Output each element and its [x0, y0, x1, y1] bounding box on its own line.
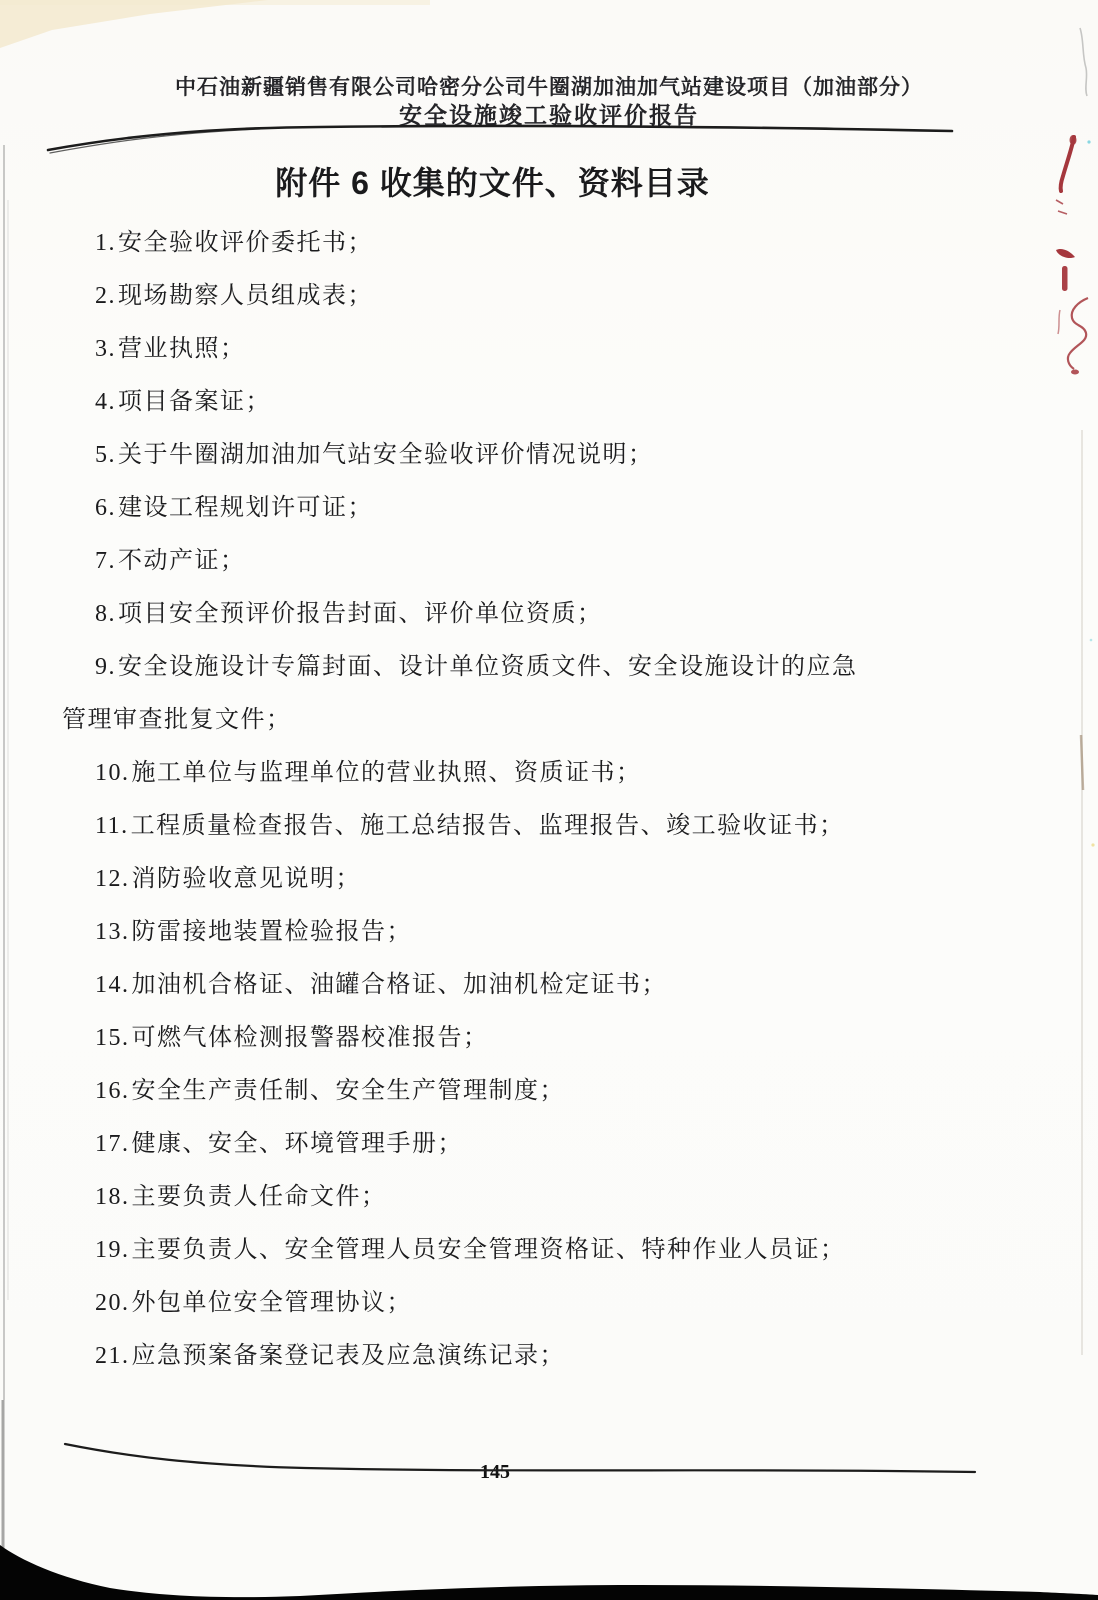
attachment-title: 附件 6 收集的文件、资料目录 [0, 158, 985, 204]
item-text: 安全生产责任制、安全生产管理制度； [132, 1078, 566, 1104]
item-number: 14. [95, 972, 132, 998]
list-item: 2.现场勘察人员组成表； [62, 270, 1005, 323]
item-text: 营业执照； [118, 336, 246, 362]
scan-speck-cyan2 [1090, 639, 1093, 642]
list-item: 5.关于牛圈湖加油加气站安全验收评价情况说明； [62, 429, 1005, 482]
item-number: 7. [95, 548, 118, 574]
scan-speck-cyan [1087, 140, 1090, 143]
item-text: 施工单位与监理单位的营业执照、资质证书； [132, 760, 642, 786]
header-rule-echo [50, 129, 260, 153]
item-number: 5. [95, 442, 118, 468]
list-item: 19.主要负责人、安全管理人员安全管理资格证、特种作业人员证； [62, 1224, 1005, 1277]
item-number: 2. [95, 283, 118, 309]
item-number: 8. [95, 601, 118, 627]
item-number: 15. [95, 1025, 132, 1051]
list-item: 13.防雷接地装置检验报告； [62, 906, 1005, 959]
item-number: 19. [95, 1237, 132, 1263]
corner-tint [0, 0, 268, 48]
item-text: 消防验收意见说明； [132, 866, 362, 892]
list-item: 3.营业执照； [62, 323, 1005, 376]
list-item: 21.应急预案备案登记表及应急演练记录； [62, 1330, 1005, 1383]
scan-speck-yellow [1091, 843, 1094, 846]
document-header: 中石油新疆销售有限公司哈密分公司牛圈湖加油加气站建设项目（加油部分） 安全设施竣… [0, 74, 1098, 129]
item-number: 3. [95, 336, 118, 362]
list-item: 8.项目安全预评价报告封面、评价单位资质； [62, 588, 1005, 641]
list-item: 11.工程质量检查报告、施工总结报告、监理报告、竣工验收证书； [62, 800, 1005, 853]
item-number: 21. [95, 1343, 132, 1369]
document-list: 1.安全验收评价委托书；2.现场勘察人员组成表；3.营业执照；4.项目备案证；5… [62, 217, 1005, 1383]
item-text: 项目安全预评价报告封面、评价单位资质； [118, 601, 603, 627]
item-number: 11. [95, 813, 131, 839]
item-text: 项目备案证； [118, 389, 271, 415]
list-item: 7.不动产证； [62, 535, 1005, 588]
list-item: 9.安全设施设计专篇封面、设计单位资质文件、安全设施设计的应急管理审查批复文件； [62, 641, 880, 747]
top-edge-tint [0, 0, 430, 5]
list-item: 14.加油机合格证、油罐合格证、加油机检定证书； [62, 959, 1005, 1012]
item-text: 不动产证； [118, 548, 246, 574]
right-fold-smudge [1081, 735, 1083, 790]
item-number: 10. [95, 760, 132, 786]
header-rule [48, 126, 952, 150]
item-text: 外包单位安全管理协议； [132, 1290, 413, 1316]
item-text: 应急预案备案登记表及应急演练记录； [132, 1343, 566, 1369]
item-number: 18. [95, 1184, 132, 1210]
list-item: 18.主要负责人任命文件； [62, 1171, 1005, 1224]
item-text: 关于牛圈湖加油加气站安全验收评价情况说明； [118, 442, 654, 468]
item-number: 17. [95, 1131, 132, 1157]
item-text: 健康、安全、环境管理手册； [132, 1131, 464, 1157]
list-item: 15.可燃气体检测报警器校准报告； [62, 1012, 1005, 1065]
item-text: 主要负责人、安全管理人员安全管理资格证、特种作业人员证； [132, 1237, 846, 1263]
page-number: 145 [455, 1461, 535, 1484]
list-item: 4.项目备案证； [62, 376, 1005, 429]
item-text: 建设工程规划许可证； [118, 495, 373, 521]
header-project-name: 中石油新疆销售有限公司哈密分公司牛圈湖加油加气站建设项目（加油部分） [0, 74, 1098, 101]
list-item: 6.建设工程规划许可证； [62, 482, 1005, 535]
list-item: 10.施工单位与监理单位的营业执照、资质证书； [62, 747, 1005, 800]
item-number: 13. [95, 919, 132, 945]
item-number: 16. [95, 1078, 132, 1104]
list-item: 20.外包单位安全管理协议； [62, 1277, 1005, 1330]
item-text: 加油机合格证、油罐合格证、加油机检定证书； [132, 972, 668, 998]
header-report-name: 安全设施竣工验收评价报告 [0, 101, 1098, 129]
list-item: 17.健康、安全、环境管理手册； [62, 1118, 1005, 1171]
item-text: 工程质量检查报告、施工总结报告、监理报告、竣工验收证书； [131, 813, 845, 839]
bottom-scan-edge [0, 1545, 1098, 1600]
item-number: 12. [95, 866, 132, 892]
item-number: 1. [95, 230, 118, 256]
scanned-document-page: 中石油新疆销售有限公司哈密分公司牛圈湖加油加气站建设项目（加油部分） 安全设施竣… [0, 0, 1098, 1600]
item-text: 主要负责人任命文件； [132, 1184, 387, 1210]
list-item: 1.安全验收评价委托书； [62, 217, 1005, 270]
item-number: 20. [95, 1290, 132, 1316]
item-text: 安全验收评价委托书； [118, 230, 373, 256]
item-number: 4. [95, 389, 118, 415]
red-ink-marks [1056, 135, 1088, 375]
item-text: 防雷接地装置检验报告； [132, 919, 413, 945]
item-text: 安全设施设计专篇封面、设计单位资质文件、安全设施设计的应急管理审查批复文件； [62, 654, 858, 733]
item-number: 6. [95, 495, 118, 521]
item-text: 现场勘察人员组成表； [118, 283, 373, 309]
list-item: 16.安全生产责任制、安全生产管理制度； [62, 1065, 1005, 1118]
item-text: 可燃气体检测报警器校准报告； [132, 1025, 489, 1051]
list-item: 12.消防验收意见说明； [62, 853, 1005, 906]
item-number: 9. [95, 654, 118, 680]
